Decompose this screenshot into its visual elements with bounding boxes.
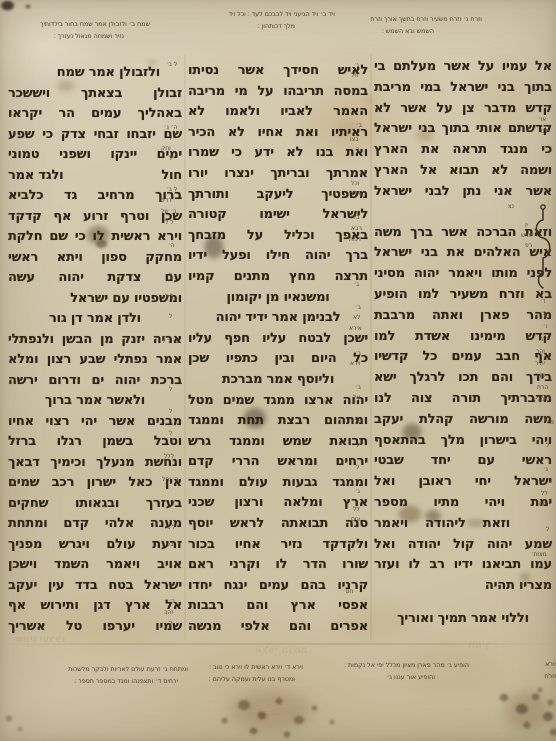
- bleedthrough-text: תמיך: [468, 640, 491, 651]
- masora-parva-note: בת: [539, 336, 546, 343]
- masora-magna-bottom-cluster: וירא ד׳ וירא ראשית לו וירא כי טוב ׃ומטרף…: [208, 662, 303, 685]
- masora-parva-note: ל: [169, 620, 172, 627]
- masora-magna-bottom-cluster: ויראוזרח: [528, 659, 556, 682]
- masora-parva-note: רבא: [351, 225, 362, 232]
- masora-parva-note: אל: [353, 394, 360, 401]
- masora-parva-note: דט׳: [538, 128, 548, 135]
- torah-line: קדשתם אותי בתוך בני ישראל: [374, 119, 552, 140]
- masora-parva-note: ד׳: [169, 500, 175, 507]
- parasha-ornament-icon: [533, 204, 553, 292]
- masora-parva-note: ב׳: [356, 170, 362, 177]
- torah-line: שמע יהוה קול יהודה ואל: [374, 535, 552, 556]
- masora-parva-note: ל: [169, 386, 172, 393]
- torah-line: ושמה לא תבוא אל הארץ: [374, 161, 552, 182]
- stain: [0, 0, 15, 11]
- torah-line: קדש מדבר צן על אשר לא: [374, 99, 552, 120]
- masora-parva-note: בצו: [350, 136, 359, 143]
- masora-parva-note: וכל: [351, 180, 359, 187]
- masora-parva-note: אלג: [351, 190, 361, 197]
- torah-line: ישראל בטח בדד עין יעקב: [8, 576, 182, 597]
- torah-line: ולאשר אמר ברוך: [8, 391, 182, 412]
- stain: [499, 693, 509, 702]
- masora-parva-note: ל ג׳: [165, 524, 175, 531]
- torah-line: אריה יזנק מן הבשן ולנפתלי: [8, 330, 182, 351]
- masora-parva-note: ל: [169, 272, 172, 279]
- torah-line: מבנים אשר יהי רצוי אחיו: [8, 412, 182, 433]
- masora-magna-bottom-cluster: ומתחת ג׳ זרעת עולם לאריות ולבקר מלשכותיר…: [74, 664, 188, 687]
- torah-line: ראיתיו ואת אחיו לא הכיר: [188, 123, 368, 144]
- masora-parva-note: לל: [541, 490, 548, 497]
- masora-line: השמש ובא השמש ׃: [335, 26, 434, 38]
- column-right: אל עמיו על אשר מעלתם ביבתוך בני ישראל במ…: [374, 57, 552, 630]
- torah-line: אשר אני נתן לבני ישראל: [374, 182, 552, 203]
- masora-parva-note: ב׳ ל ל: [162, 338, 179, 345]
- torah-line: מענה אלהי קדם ומתחת: [8, 514, 182, 535]
- masora-parva-note: מל׳: [352, 418, 362, 425]
- stain: [549, 728, 556, 736]
- masora-parva-note: וחק: [161, 145, 171, 152]
- masora-parva-note: יז: [525, 222, 528, 229]
- masora-parva-note: ד׳: [540, 298, 546, 305]
- torah-line: וירא ראשית לו כי שם חלקת: [8, 227, 182, 248]
- stain: [537, 687, 543, 693]
- masora-parva-note: ל: [169, 135, 172, 142]
- masora-parva-note: דכות: [349, 236, 361, 243]
- masora-parva-note: והר: [536, 348, 545, 355]
- torah-line: אפסי ארץ והם רבבות: [188, 596, 368, 617]
- masora-parva-note: ך: [356, 146, 359, 153]
- masora-parva-note: ל: [169, 313, 172, 320]
- torah-line: לאיש חסידך אשר נסיתו: [188, 61, 368, 82]
- masora-magna-top-cluster: ויד ב׳ ויד הגיעני ויד לבבכם לעד ׃ וכל וי…: [193, 9, 335, 32]
- torah-line: אמר נפתלי שבע רצון ומלא: [8, 350, 182, 371]
- torah-line: וללוי אמר תמיך ואוריך: [374, 609, 552, 630]
- torah-line: זבולן בצאתך ויששכר: [8, 84, 182, 105]
- stain: [547, 699, 554, 706]
- torah-line: לפני מותו ויאמר יהוה מסיני: [374, 264, 552, 285]
- section-break: [374, 597, 552, 609]
- masora-parva-note: חל: [351, 72, 358, 79]
- masora-parva-note: ג׳: [543, 466, 548, 473]
- stain: [283, 731, 291, 738]
- masora-parva-note: הרת: [537, 384, 548, 391]
- torah-line: ואת בנו לא ידע כי שמרו: [188, 143, 368, 164]
- stain: [531, 693, 540, 701]
- torah-line: ולדן אמר דן גור: [8, 309, 182, 330]
- stain: [25, 4, 31, 9]
- torah-line: וליוסף אמר מברכת: [188, 370, 368, 391]
- masora-line: וזרח ג׳ וזרח משעיר וזרח בחשך אורך וזרח: [335, 14, 482, 26]
- torah-line: בעזרך ובגאותו שחקים: [8, 494, 182, 515]
- stain: [311, 705, 318, 711]
- masora-line: הופיע ג׳ מהר פארן מציון מכלל יפי אל נקמו…: [341, 660, 469, 672]
- torah-line: ירחים ומראש הררי קדם: [188, 452, 368, 473]
- manuscript-page: שמיו יערפואלפי מנשהתמיך וזרח ג׳ וזרח משע…: [0, 0, 556, 741]
- masora-magna-top-cluster: שמח ב׳ ולזבולן אמר שמח בחור בילדותיךנזיר…: [16, 19, 150, 42]
- masora-line: וירא: [528, 659, 556, 671]
- torah-line: ויהי בישרון מלך בהתאסף: [374, 431, 552, 452]
- masora-parva-note: ב׳: [356, 122, 362, 129]
- torah-line: אין כאל ישרון רכב שמים: [8, 473, 182, 494]
- masora-parva-note: או׳: [538, 116, 546, 123]
- section-break: [374, 203, 552, 223]
- stain: [237, 699, 251, 711]
- torah-line: באהליך עמים הר יקראו: [8, 104, 182, 125]
- masora-parva-note: לל: [353, 506, 360, 513]
- column-middle: לאיש חסידך אשר נסיתובמסה תריבהו על מי מר…: [188, 61, 368, 638]
- torah-line: מהר פארן ואתה מרבבת: [374, 306, 552, 327]
- torah-line: ראשי עם יחד שבטי: [374, 451, 552, 472]
- masora-magna-top-cluster: וזרח ג׳ וזרח משעיר וזרח בחשך אורך וזרחהש…: [335, 14, 482, 37]
- masora-parva-note: ל: [546, 526, 549, 533]
- masora-parva-note: וחס: [539, 501, 548, 508]
- masora-line: נזיר ושמחה מגאול נעזרך ׃: [16, 31, 124, 43]
- masora-parva-note: אירא: [349, 325, 362, 332]
- masora-parva-note: ב׳ של: [161, 208, 177, 215]
- stain: [523, 721, 531, 729]
- masora-parva-note: וחס: [351, 516, 360, 523]
- torah-line: וזאת ליהודה ויאמר: [374, 514, 552, 535]
- stain: [542, 711, 554, 722]
- torah-line: בידך והם תכו לרגלך ישא: [374, 368, 552, 389]
- torah-line: כל היום ובין כתפיו שכן: [188, 349, 368, 370]
- masora-parva-note: ג׳: [354, 62, 359, 69]
- masora-parva-note: ל ל: [165, 293, 174, 300]
- torah-line: ברכת יהוה ים ודרום ירשה: [8, 371, 182, 392]
- torah-line: שורו הדר לו וקרני ראם: [188, 555, 368, 576]
- torah-line: מחקק ספון ויתא ראשי: [8, 248, 182, 269]
- torah-line: אל עמיו על אשר מעלתם בי: [374, 57, 552, 78]
- masora-parva-note: רפ: [525, 242, 532, 249]
- stain: [17, 726, 23, 732]
- stain: [502, 688, 550, 734]
- stain: [515, 703, 529, 715]
- torah-line: בא וזרח משעיר למו הופיע: [374, 285, 552, 306]
- masora-parva-note: פרש: [521, 232, 532, 239]
- torah-line-segment: ולגד אמר: [8, 166, 63, 187]
- torah-line: ארץ ומלאה ורצון שכני: [188, 493, 368, 514]
- torah-line: תבואת שמש וממגד גרש: [188, 432, 368, 453]
- torah-line: לבנימן אמר ידיד יהוה: [188, 308, 368, 329]
- masora-parva-note: מלין: [534, 396, 544, 403]
- masora-line: שמח ב׳ ולזבולן אמר שמח בחור בילדותיך: [16, 19, 150, 31]
- masora-line: וזרח: [528, 671, 556, 683]
- bleedthrough-text: אלפי מנשה: [255, 645, 308, 656]
- torah-line: עם צדקת יהוה עשה: [8, 268, 182, 289]
- masora-parva-note: בט: [166, 541, 173, 548]
- masora-parva-note: ל: [546, 442, 549, 449]
- torah-line: ישכן לבטח עליו חפף עליו: [188, 329, 368, 350]
- torah-line: לישראל ישימו קטורה: [188, 205, 368, 226]
- torah-line: אפרים והם אלפי מנשה: [188, 617, 368, 638]
- masora-line: והופיע אור עננו ג׳: [341, 672, 435, 684]
- torah-line: משפטיך ליעקב ותורתך: [188, 185, 368, 206]
- torah-line: אויב ויאמר השמד וישכן: [8, 555, 182, 576]
- torah-line: קדש מימינו אשדת למו: [374, 327, 552, 348]
- vertical-crease: [370, 55, 372, 640]
- vertical-crease: [184, 55, 186, 640]
- stain: [249, 727, 258, 735]
- torah-line: במסה תריבהו על מי מריבה: [188, 82, 368, 103]
- torah-line: ישראל יחי ראובן ואל: [374, 472, 552, 493]
- torah-line: חולולגד אמר: [8, 166, 182, 187]
- stain: [293, 715, 305, 725]
- torah-line: ולקדקד נזיר אחיו בכור: [188, 535, 368, 556]
- masora-parva-note: ל ב׳: [166, 61, 177, 68]
- torah-line: ולזבולן אמר שמח: [8, 63, 182, 84]
- masora-parva-note: ב׳: [355, 350, 361, 357]
- torah-line: ונחשת מנעלך וכימיך דבאך: [8, 453, 182, 474]
- masora-parva-note: וירא: [350, 360, 360, 367]
- torah-line: מצריו תהיה: [374, 576, 552, 597]
- torah-line: ברך יהוה חילו ופעל ידיו: [188, 246, 368, 267]
- stain: [5, 715, 13, 722]
- masora-parva-note: ל: [356, 442, 359, 449]
- masora-magna-bottom-cluster: הופיע ג׳ מהר פארן מציון מכלל יפי אל נקמו…: [341, 660, 469, 683]
- masora-parva-note: ל ב׳: [166, 186, 177, 193]
- masora-parva-note: ל: [356, 540, 359, 547]
- masora-parva-note: ב׳: [355, 384, 361, 391]
- masora-parva-note: יהיר: [535, 360, 545, 367]
- stain: [221, 717, 228, 724]
- torah-line: שם יזבחו זבחי צדק כי שפע: [8, 125, 182, 146]
- torah-line: שכן וטרף זרוע אף קדקד: [8, 207, 182, 228]
- masora-line: ירחים ד׳ ותצפנהו ומגד במספר תספר ׃: [74, 676, 178, 688]
- masora-parva-note: מצות׳: [531, 551, 547, 558]
- torah-line: ומתהום רבצת תחת וממגד: [188, 411, 368, 432]
- masora-line: מלך דכותהון ׃: [193, 21, 295, 33]
- torah-line: שמיו יערפו טל אשריך: [8, 617, 182, 638]
- stain: [257, 711, 267, 720]
- masora-parva-note: ג׳: [541, 310, 546, 317]
- torah-line: מדברתיך תורה צוה לנו: [374, 389, 552, 410]
- masora-line: ומתחת ג׳ זרעת עולם לאריות ולבקר מלשכות: [74, 664, 188, 676]
- masora-parva-note: חט׳: [343, 588, 353, 595]
- masora-parva-note: ב׳ יחל: [162, 476, 179, 483]
- torah-line: ימת ויהי מתיו מספר: [374, 493, 552, 514]
- torah-line: סנה תבואתה לראש יוסף: [188, 514, 368, 535]
- masora-parva-note: ל: [169, 155, 172, 162]
- masora-parva-note: דדים: [160, 197, 172, 204]
- masora-parva-note: וקיר: [535, 372, 546, 379]
- masora-line: ומטרף בנו עלית ועמקה עליהם ׃: [208, 674, 295, 686]
- torah-line: ומשנאיו מן יקומון: [188, 288, 368, 309]
- torah-line: עמו תביאנו ידיו רב לו ועזר: [374, 555, 552, 576]
- torah-line: משה מורשה קהלת יעקב: [374, 410, 552, 431]
- masora-parva-note: ה׳: [168, 242, 174, 249]
- masora-parva-note: ב׳: [355, 304, 361, 311]
- masora-parva-note: ו׳: [543, 323, 547, 330]
- masora-parva-note: ל: [356, 464, 359, 471]
- torah-line: האמר לאביו ולאמו לא: [188, 102, 368, 123]
- torah-line: אף חבב עמים כל קדשיו: [374, 347, 552, 368]
- masora-parva-note: ה׳ ג׳: [164, 124, 177, 131]
- masora-line: ויד ב׳ ויד הגיעני ויד לבבכם לעד ׃ וכל וי…: [193, 9, 335, 21]
- torah-line: וממגד גבעות עולם וממגד: [188, 473, 368, 494]
- masora-line: וירא ד׳ וירא ראשית לו וירא כי טוב ׃: [208, 662, 303, 674]
- torah-line: יהוה ארצו ממגד שמים מטל: [188, 391, 368, 412]
- torah-line: תרצה מחץ מתנים קמיו: [188, 267, 368, 288]
- column-left: ולזבולן אמר שמחזבולן בצאתך ויששכרבאהליך …: [8, 63, 182, 637]
- masora-parva-note: נצ: [508, 203, 514, 210]
- masora-parva-note: זהב: [164, 609, 173, 616]
- torah-line: וטבל בשמן רגלו ברזל: [8, 432, 182, 453]
- torah-line: בתוך בני ישראל במי מריבת: [374, 78, 552, 99]
- masora-parva-note: לא: [353, 314, 360, 321]
- masora-parva-note: ביה: [351, 214, 360, 221]
- masora-parva-note: ל ל: [165, 219, 174, 226]
- masora-parva-note: ג׳: [354, 281, 359, 288]
- masora-parva-note: ב׳: [169, 598, 175, 605]
- torah-line: אל ארץ דגן ותירוש אף: [8, 596, 182, 617]
- torah-line: קרניו בהם עמים ינגח יחדו: [188, 576, 368, 597]
- torah-line: זרעת עולם ויגרש מפניך: [8, 535, 182, 556]
- torah-line: ימים יינקו ושפני טמוני: [8, 145, 182, 166]
- stain: [275, 697, 283, 705]
- masora-parva-note: ג׳: [355, 488, 360, 495]
- stain: [224, 687, 319, 735]
- masora-parva-note: ל: [169, 408, 172, 415]
- masora-parva-note: מר׳: [544, 419, 554, 426]
- torah-line: אמרתך ובריתך ינצרו יורו: [188, 164, 368, 185]
- masora-parva-note: ל: [169, 430, 172, 437]
- torah-line-segment: חול: [161, 166, 182, 187]
- masora-parva-note: ללל: [164, 453, 174, 460]
- torah-line: באפך וכליל על מזבחך: [188, 226, 368, 247]
- torah-line: כי מנגד תראה את הארץ: [374, 140, 552, 161]
- stain: [329, 719, 335, 725]
- torah-line: ומשפטיו עם ישראל: [8, 289, 182, 310]
- torah-line: ברוך מרחיב גד כלביא: [8, 186, 182, 207]
